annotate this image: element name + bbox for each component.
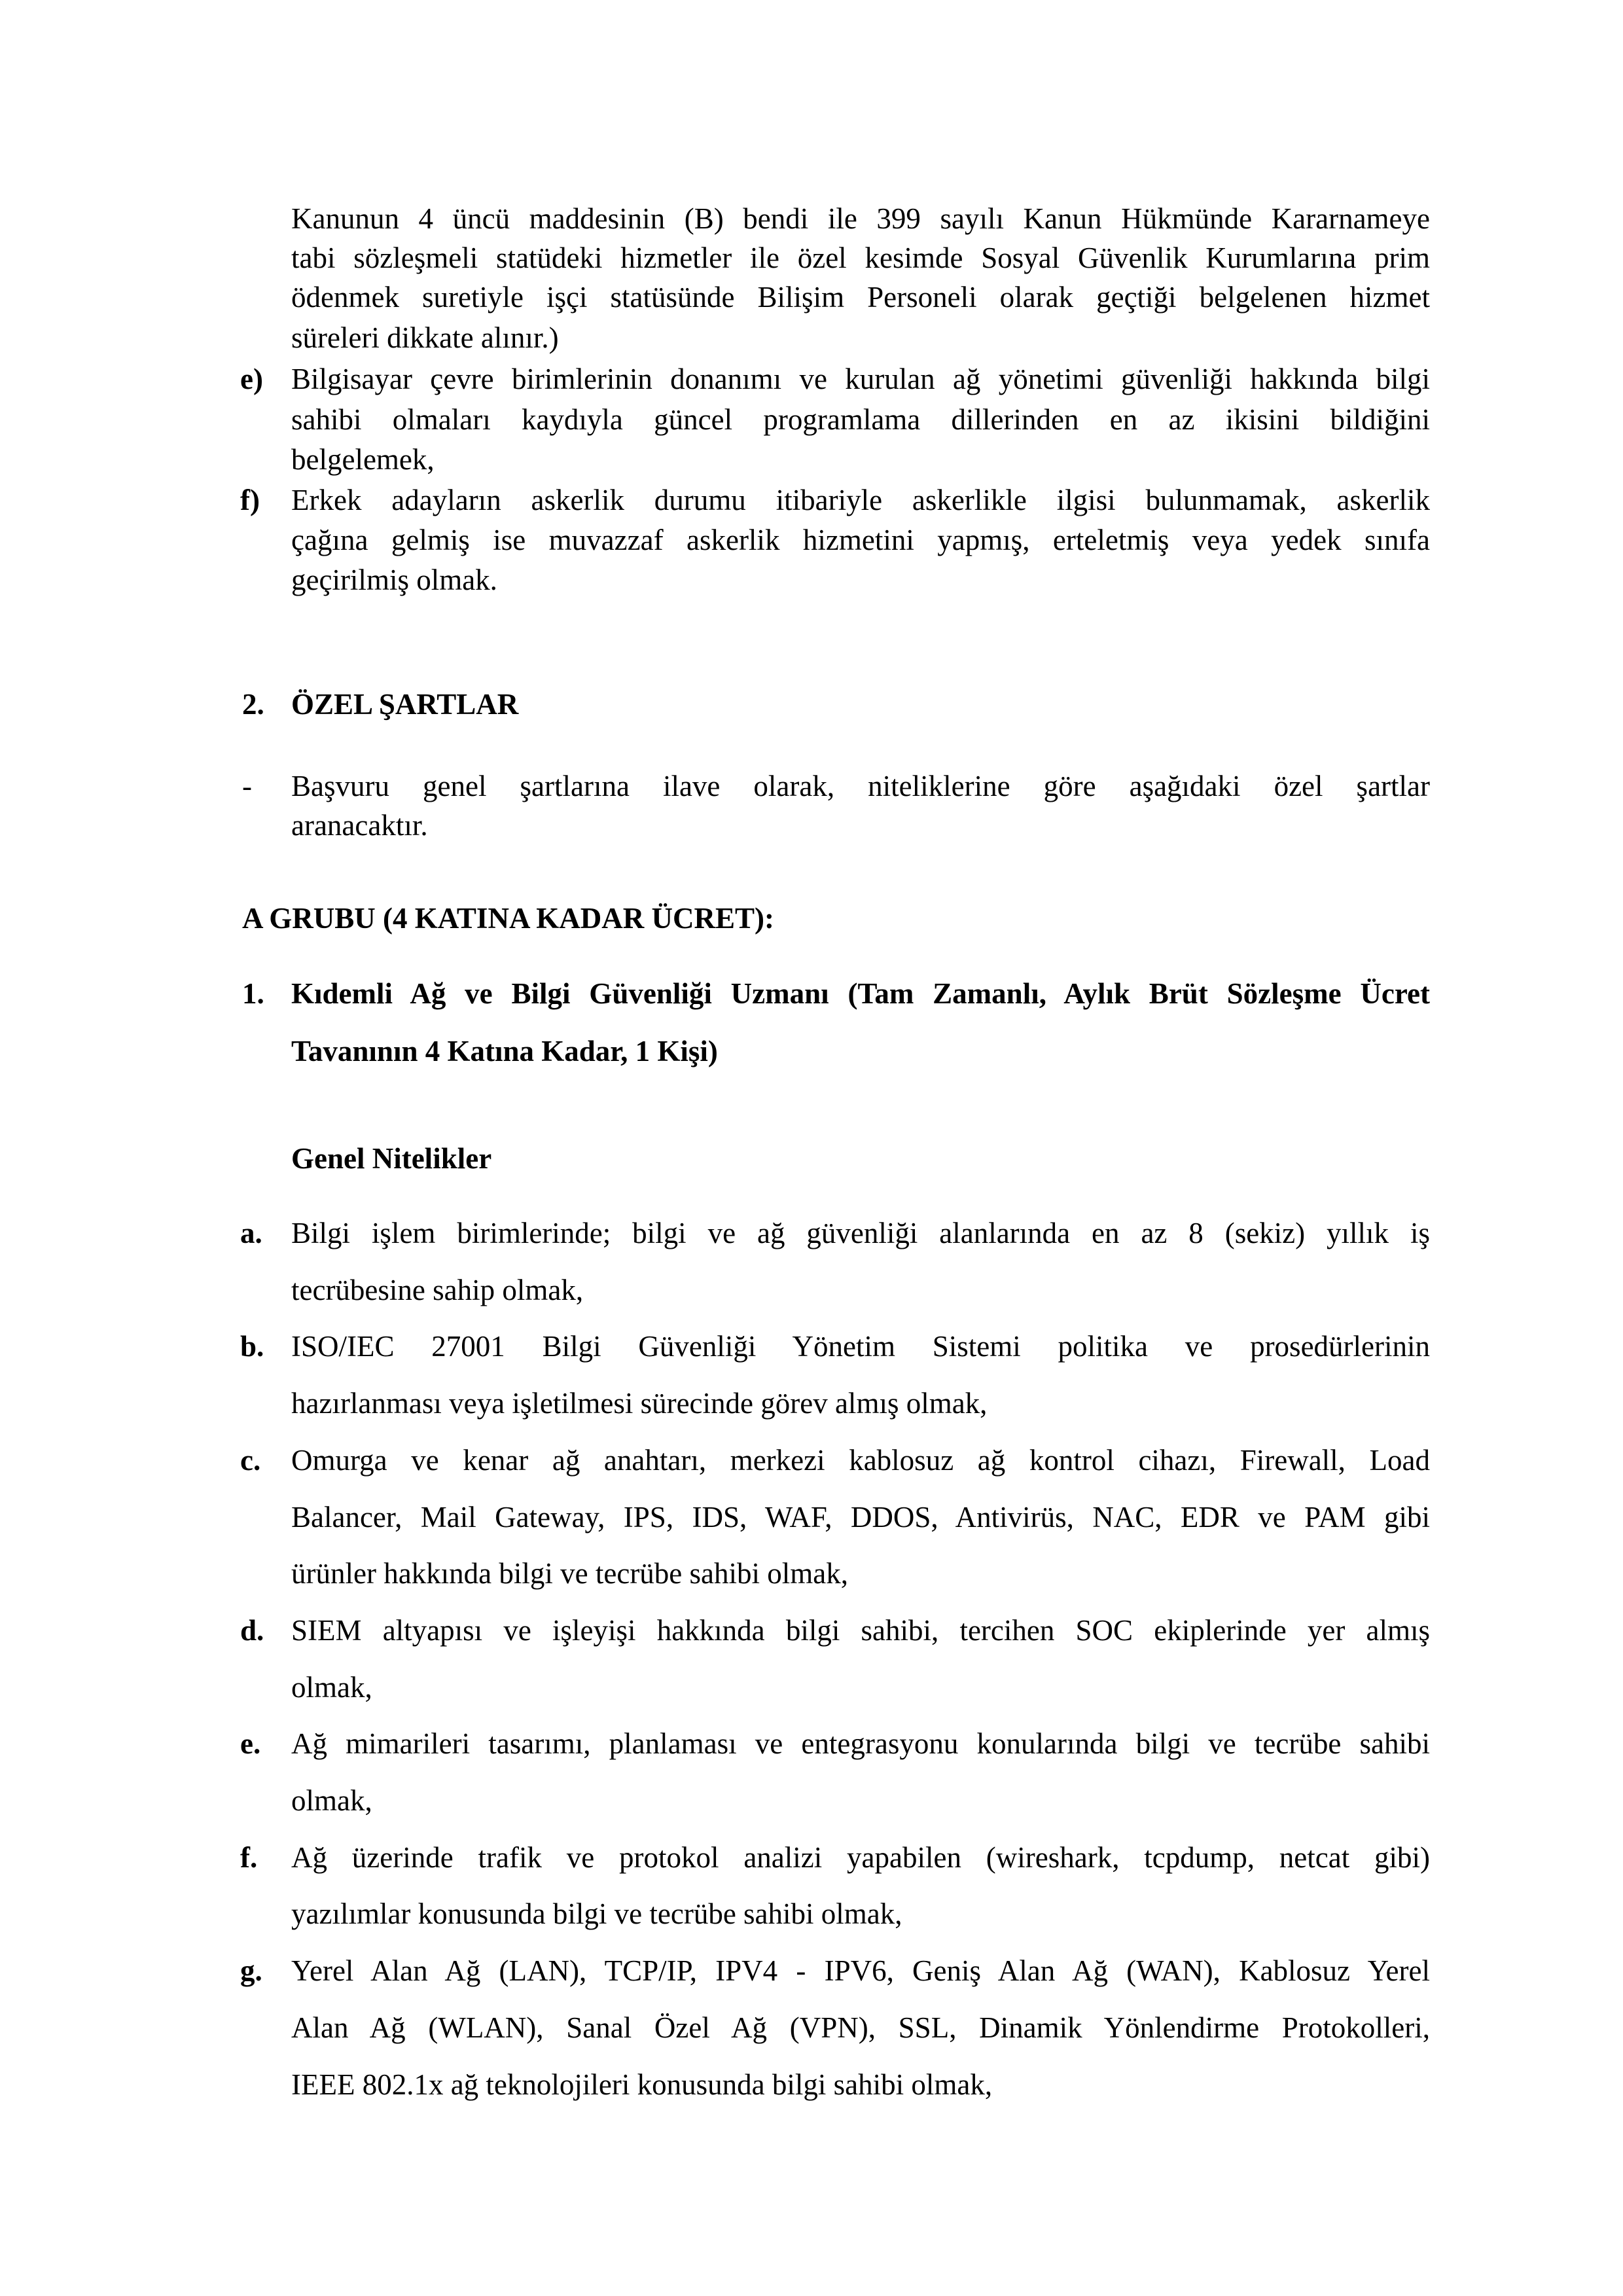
text-line: ödenmek suretiyle işçi statüsünde Bilişi… — [291, 283, 1430, 312]
text-line: ISO/IEC 27001 Bilgi Güvenliği Yönetim Si… — [291, 1332, 1430, 1361]
qualifications-heading: Genel Nitelikler — [291, 1144, 1430, 1174]
text-line: süreleri dikkate alınır.) — [291, 323, 1430, 353]
text-line: olmak, — [291, 1786, 1430, 1816]
text-line: yazılımlar konusunda bilgi ve tecrübe sa… — [291, 1899, 1430, 1929]
text-line: SIEM altyapısı ve işleyişi hakkında bilg… — [291, 1616, 1430, 1645]
section-title: ÖZEL ŞARTLAR — [291, 690, 1430, 719]
text-line: Yerel Alan Ağ (LAN), TCP/IP, IPV4 - IPV6… — [291, 1956, 1430, 1986]
text-line: belgelemek, — [291, 445, 1430, 475]
list-label: g. — [240, 1956, 262, 1986]
group-heading: A GRUBU (4 KATINA KADAR ÜCRET): — [242, 904, 774, 933]
list-label: f. — [240, 1843, 257, 1873]
text-line: çağına gelmiş ise muvazzaf askerlik hizm… — [291, 526, 1430, 555]
text-line: Balancer, Mail Gateway, IPS, IDS, WAF, D… — [291, 1503, 1430, 1532]
text-line: hazırlanması veya işletilmesi sürecinde … — [291, 1389, 1430, 1418]
section-number: 2. — [242, 690, 264, 719]
text-line: tecrübesine sahip olmak, — [291, 1276, 1430, 1305]
text-line: Bilgisayar çevre birimlerinin donanımı v… — [291, 365, 1430, 394]
list-label: c. — [240, 1446, 260, 1475]
text-line: Alan Ağ (WLAN), Sanal Özel Ağ (VPN), SSL… — [291, 2013, 1430, 2043]
text-line: geçirilmiş olmak. — [291, 565, 1430, 595]
list-label: e) — [240, 365, 263, 394]
text-line: Kıdemli Ağ ve Bilgi Güvenliği Uzmanı (Ta… — [291, 979, 1430, 1009]
text-line: Omurga ve kenar ağ anahtarı, merkezi kab… — [291, 1446, 1430, 1475]
text-line: Başvuru genel şartlarına ilave olarak, n… — [291, 772, 1430, 801]
text-line: aranacaktır. — [291, 811, 1430, 840]
text-line: Tavanının 4 Katına Kadar, 1 Kişi) — [291, 1037, 1430, 1066]
list-label: d. — [240, 1616, 264, 1645]
text-line: ürünler hakkında bilgi ve tecrübe sahibi… — [291, 1559, 1430, 1588]
text-line: Kanunun 4 üncü maddesinin (B) bendi ile … — [291, 204, 1430, 234]
text-line: Bilgi işlem birimlerinde; bilgi ve ağ gü… — [291, 1219, 1430, 1248]
list-label: a. — [240, 1219, 262, 1248]
text-line: Erkek adayların askerlik durumu itibariy… — [291, 486, 1430, 515]
text-line: olmak, — [291, 1673, 1430, 1702]
list-label: e. — [240, 1729, 260, 1759]
bullet-dash: - — [242, 772, 252, 801]
list-label: f) — [240, 486, 260, 515]
text-line: IEEE 802.1x ağ teknolojileri konusunda b… — [291, 2070, 1430, 2100]
text-line: Ağ üzerinde trafik ve protokol analizi y… — [291, 1843, 1430, 1873]
list-label: b. — [240, 1332, 264, 1361]
text-line: tabi sözleşmeli statüdeki hizmetler ile … — [291, 243, 1430, 273]
position-number: 1. — [242, 979, 264, 1009]
text-line: sahibi olmaları kaydıyla güncel programl… — [291, 405, 1430, 435]
document-page: Kanunun 4 üncü maddesinin (B) bendi ile … — [0, 0, 1623, 2296]
text-line: Ağ mimarileri tasarımı, planlaması ve en… — [291, 1729, 1430, 1759]
